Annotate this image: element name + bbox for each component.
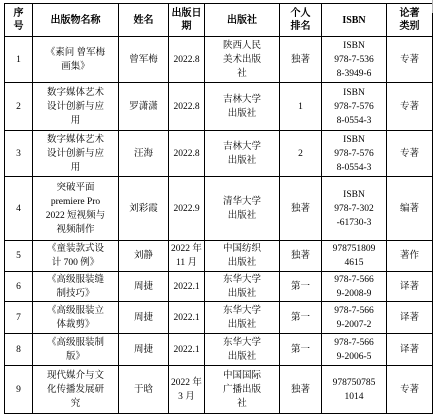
cell-title: 《高级服装缝 制技巧》 — [33, 272, 119, 302]
cell-name: 刘彩霞 — [119, 177, 169, 241]
header-cell: 出版日 期 — [169, 4, 205, 37]
cell-date: 2022.8 — [169, 37, 205, 83]
cell-name: 罗潇潇 — [119, 83, 169, 131]
table-row: 7《高级服装立 体裁剪》周捷2022.1东华大学 出版社第一978-7-566 … — [5, 302, 433, 334]
table-row: 1《素问 曾军梅 画集》曾军梅2022.8陕西人民 美术出版 社独著ISBN 9… — [5, 37, 433, 83]
cell-isbn: 978-7-566 9-2008-9 — [322, 272, 387, 302]
cell-name: 周捷 — [119, 272, 169, 302]
cell-publisher: 吉林大学 出版社 — [205, 83, 280, 131]
header-cell: ISBN — [322, 4, 387, 37]
header-cell: 论著 类别 — [387, 4, 433, 37]
cell-date: 2022.8 — [169, 131, 205, 177]
cell-rank: 第一 — [280, 272, 322, 302]
table-row: 3数字媒体艺术 设计创新与应 用汪海2022.8吉林大学 出版社2ISBN 97… — [5, 131, 433, 177]
cell-rank: 1 — [280, 83, 322, 131]
cell-no: 6 — [5, 272, 33, 302]
cell-isbn: ISBN 978-7-302 -61730-3 — [322, 177, 387, 241]
cell-rank: 独著 — [280, 241, 322, 272]
table-row: 8《高级服装制 版》周捷2022.1东华大学 出版社第一978-7-566 9-… — [5, 334, 433, 366]
table-header: 序 号出版物名称姓名出版日 期出版社个人 排名ISBN论著 类别 — [5, 4, 433, 37]
cell-category: 译著 — [387, 302, 433, 334]
header-cell: 个人 排名 — [280, 4, 322, 37]
cell-category: 专著 — [387, 131, 433, 177]
cell-publisher: 吉林大学 出版社 — [205, 131, 280, 177]
cell-publisher: 东华大学 出版社 — [205, 334, 280, 366]
cell-rank: 2 — [280, 131, 322, 177]
cell-no: 7 — [5, 302, 33, 334]
cell-isbn: ISBN 978-7-576 8-0554-3 — [322, 131, 387, 177]
cell-isbn: 978751809 4615 — [322, 241, 387, 272]
cell-publisher: 陕西人民 美术出版 社 — [205, 37, 280, 83]
cell-category: 著作 — [387, 241, 433, 272]
table-row: 2数字媒体艺术 设计创新与应 用罗潇潇2022.8吉林大学 出版社1ISBN 9… — [5, 83, 433, 131]
cell-title: 《素问 曾军梅 画集》 — [33, 37, 119, 83]
cell-date: 2022.8 — [169, 83, 205, 131]
cell-title: 突破平面 premiere Pro 2022 短视频与 视频制作 — [33, 177, 119, 241]
cell-no: 8 — [5, 334, 33, 366]
cell-isbn: ISBN 978-7-576 8-0554-3 — [322, 83, 387, 131]
table-row: 4突破平面 premiere Pro 2022 短视频与 视频制作刘彩霞2022… — [5, 177, 433, 241]
header-cell: 出版社 — [205, 4, 280, 37]
cell-title: 《童装款式设 计 700 例》 — [33, 241, 119, 272]
header-cell: 出版物名称 — [33, 4, 119, 37]
cell-category: 专著 — [387, 37, 433, 83]
cell-date: 2022 年 11 月 — [169, 241, 205, 272]
cell-category: 编著 — [387, 177, 433, 241]
cell-category: 专著 — [387, 366, 433, 414]
cell-name: 汪海 — [119, 131, 169, 177]
cell-isbn: 978750785 1014 — [322, 366, 387, 414]
table-body: 1《素问 曾军梅 画集》曾军梅2022.8陕西人民 美术出版 社独著ISBN 9… — [5, 37, 433, 414]
cell-rank: 独著 — [280, 37, 322, 83]
cell-date: 2022 年 3 月 — [169, 366, 205, 414]
cell-name: 周捷 — [119, 334, 169, 366]
cell-publisher: 东华大学 出版社 — [205, 302, 280, 334]
cell-title: 现代媒介与文 化传播发展研 究 — [33, 366, 119, 414]
cell-name: 周捷 — [119, 302, 169, 334]
header-row: 序 号出版物名称姓名出版日 期出版社个人 排名ISBN论著 类别 — [5, 4, 433, 37]
cell-name: 刘静 — [119, 241, 169, 272]
cell-category: 专著 — [387, 83, 433, 131]
cell-no: 3 — [5, 131, 33, 177]
document-page: 序 号出版物名称姓名出版日 期出版社个人 排名ISBN论著 类别 1《素问 曾军… — [0, 0, 434, 419]
publications-table: 序 号出版物名称姓名出版日 期出版社个人 排名ISBN论著 类别 1《素问 曾军… — [4, 3, 433, 414]
cell-isbn: 978-7-566 9-2007-2 — [322, 302, 387, 334]
cell-date: 2022.1 — [169, 302, 205, 334]
cell-category: 译著 — [387, 334, 433, 366]
cell-publisher: 清华大学 出版社 — [205, 177, 280, 241]
cell-no: 5 — [5, 241, 33, 272]
cell-no: 4 — [5, 177, 33, 241]
header-cell: 序 号 — [5, 4, 33, 37]
cell-publisher: 中国纺织 出版社 — [205, 241, 280, 272]
cell-publisher: 东华大学 出版社 — [205, 272, 280, 302]
cell-no: 9 — [5, 366, 33, 414]
cell-date: 2022.1 — [169, 272, 205, 302]
word-gridline-mark — [432, 0, 433, 13]
cell-title: 数字媒体艺术 设计创新与应 用 — [33, 131, 119, 177]
cell-date: 2022.1 — [169, 334, 205, 366]
cell-no: 2 — [5, 83, 33, 131]
cell-isbn: ISBN 978-7-536 8-3949-6 — [322, 37, 387, 83]
header-cell: 姓名 — [119, 4, 169, 37]
cell-publisher: 中国国际 广播出版 社 — [205, 366, 280, 414]
cell-no: 1 — [5, 37, 33, 83]
cell-name: 于晗 — [119, 366, 169, 414]
cell-title: 数字媒体艺术 设计创新与应 用 — [33, 83, 119, 131]
cell-isbn: 978-7-566 9-2006-5 — [322, 334, 387, 366]
cell-category: 译著 — [387, 272, 433, 302]
cell-name: 曾军梅 — [119, 37, 169, 83]
table-row: 5《童装款式设 计 700 例》刘静2022 年 11 月中国纺织 出版社独著9… — [5, 241, 433, 272]
cell-title: 《高级服装制 版》 — [33, 334, 119, 366]
cell-rank: 第一 — [280, 334, 322, 366]
cell-title: 《高级服装立 体裁剪》 — [33, 302, 119, 334]
cell-rank: 独著 — [280, 366, 322, 414]
table-row: 6《高级服装缝 制技巧》周捷2022.1东华大学 出版社第一978-7-566 … — [5, 272, 433, 302]
cell-date: 2022.9 — [169, 177, 205, 241]
cell-rank: 第一 — [280, 302, 322, 334]
cell-rank: 独著 — [280, 177, 322, 241]
table-row: 9现代媒介与文 化传播发展研 究于晗2022 年 3 月中国国际 广播出版 社独… — [5, 366, 433, 414]
